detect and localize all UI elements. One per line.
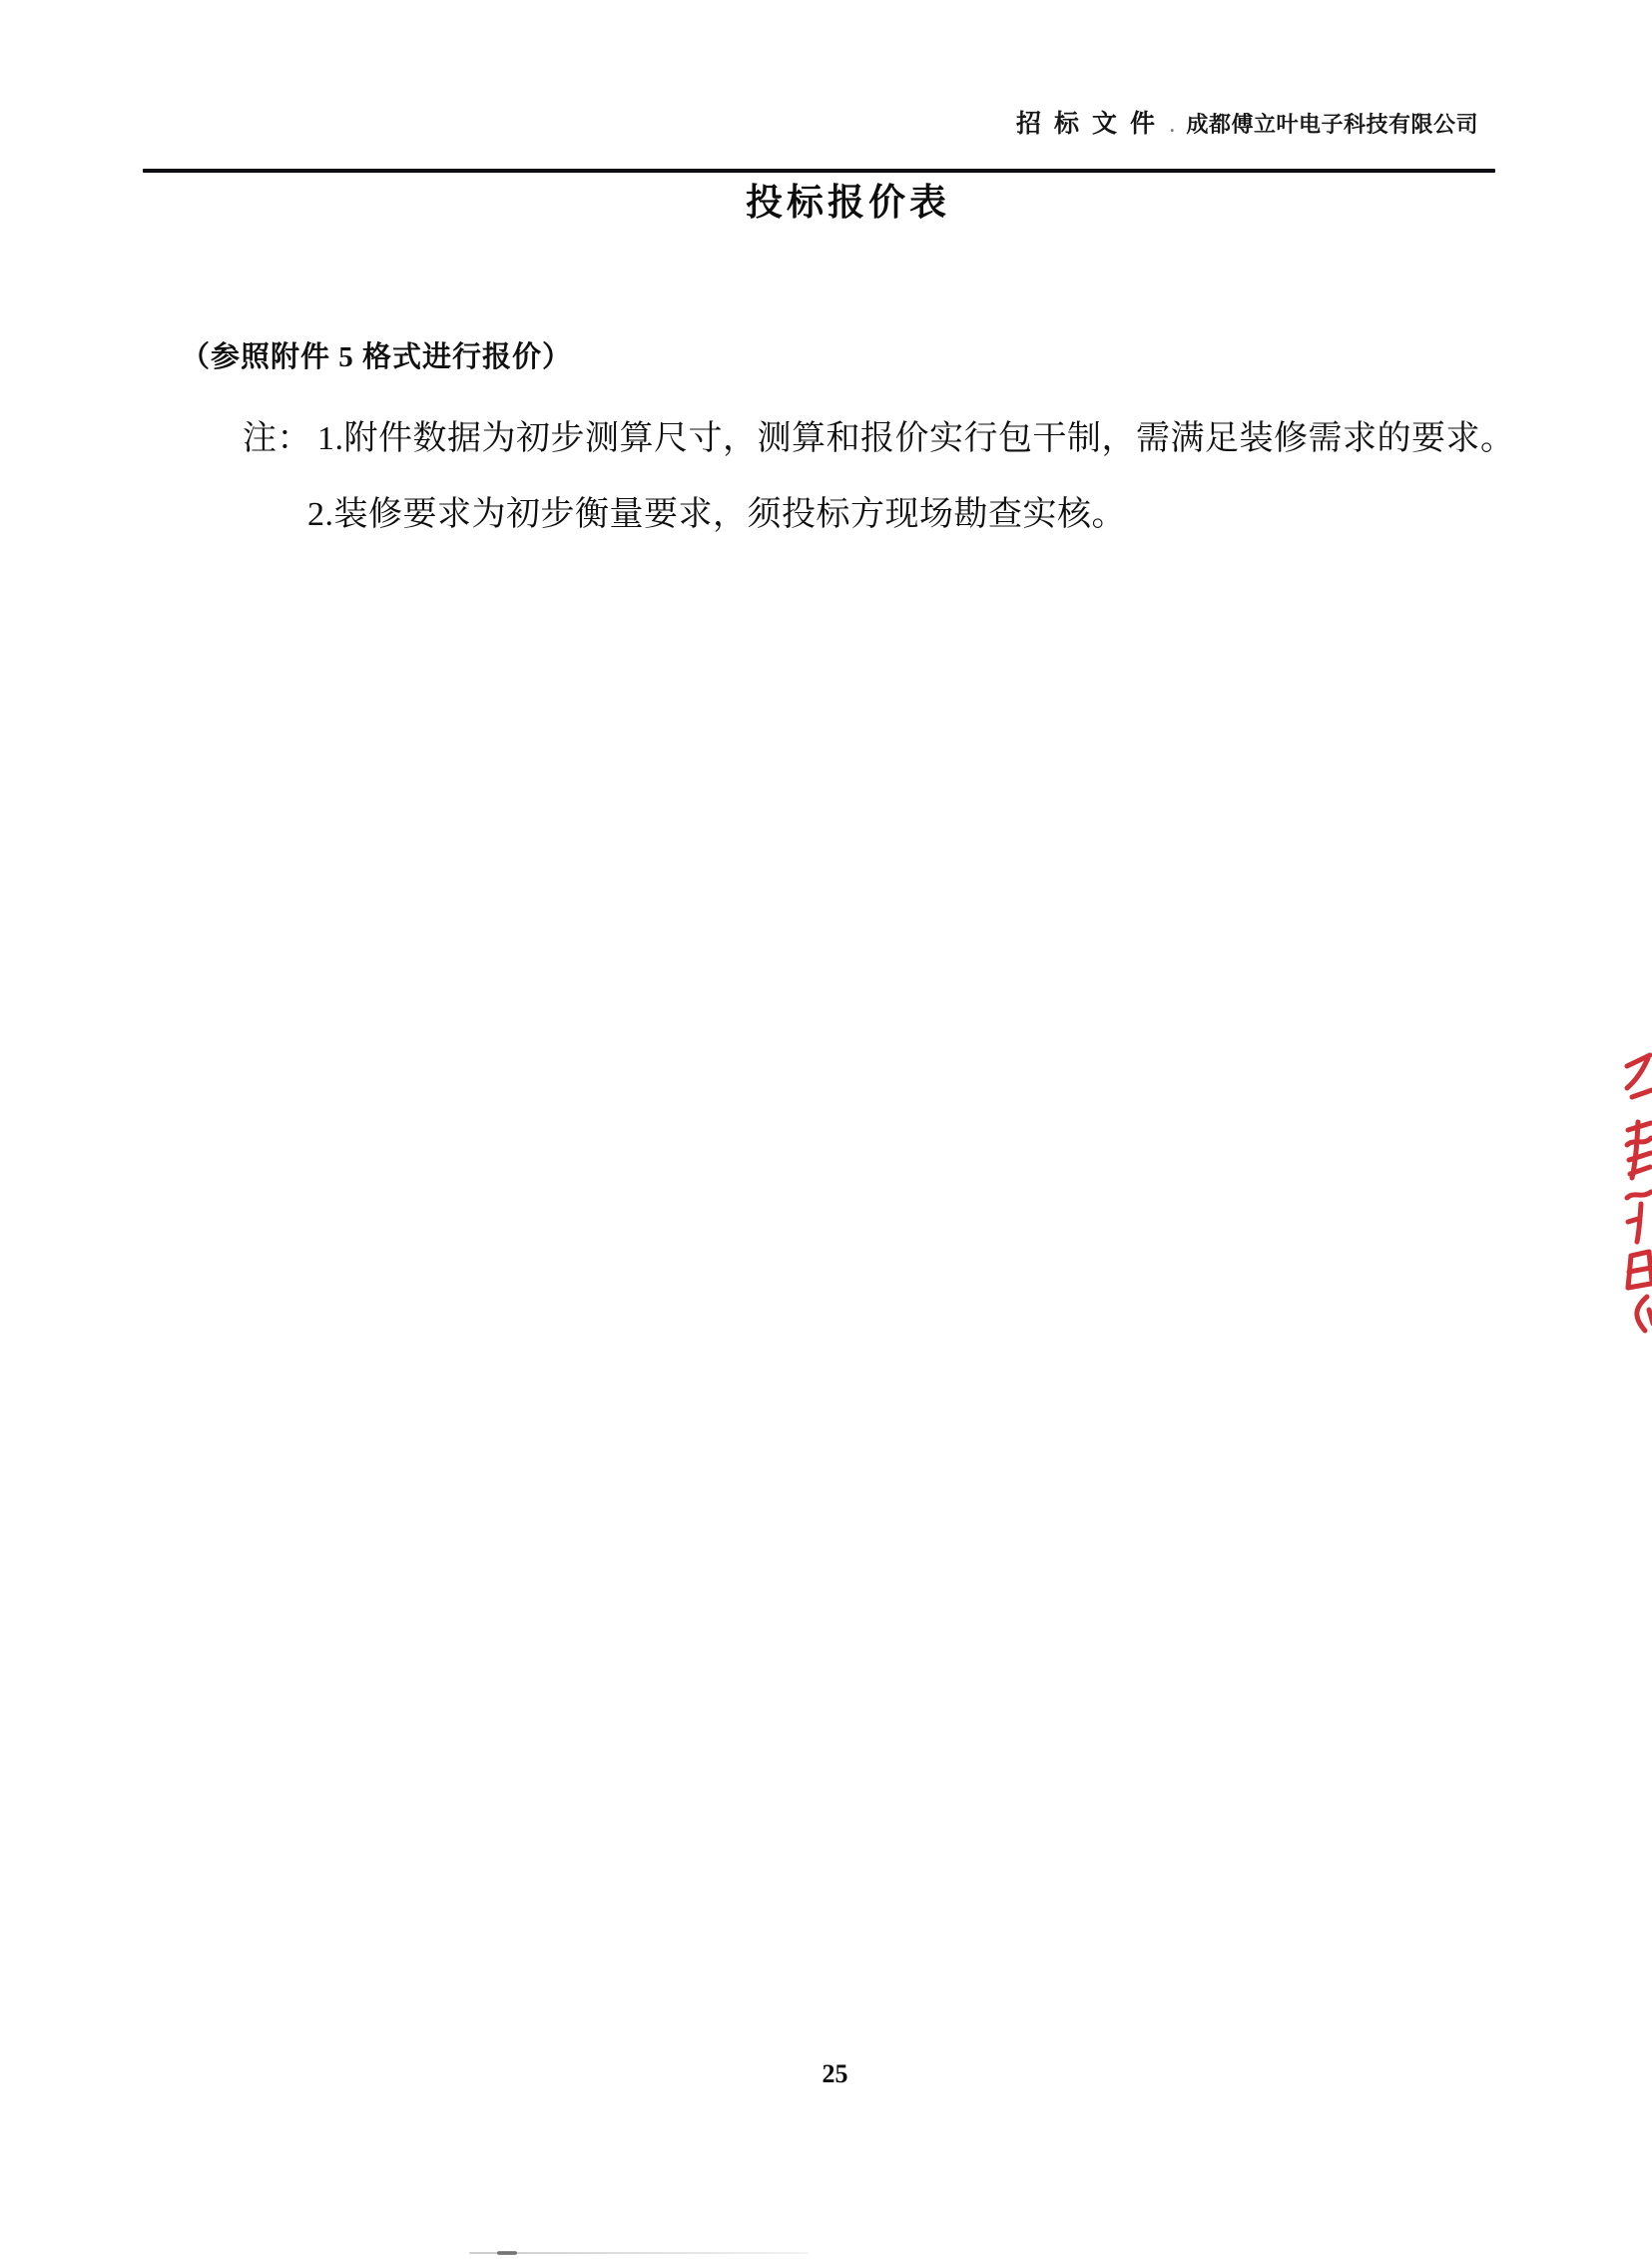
scan-artifact-smudge — [469, 2252, 809, 2254]
reference-line: （参照附件 5 格式进行报价） — [181, 340, 572, 375]
header-divider-line — [143, 169, 1495, 173]
header-company-name: 成都傅立叶电子科技有限公司 — [1187, 112, 1479, 137]
note-label: 注： — [243, 420, 311, 457]
note-line-1: 注：1.附件数据为初步测算尺寸，测算和报价实行包干制，需满足装修需求的要求。 — [243, 420, 1515, 457]
page-number: 25 — [9, 2059, 1652, 2089]
header-dot: . — [1170, 116, 1175, 136]
page-header: 招标文件.成都傅立叶电子科技有限公司 — [1016, 104, 1478, 140]
red-stamp-marks-icon — [1624, 1050, 1652, 1340]
document-page: 招标文件.成都傅立叶电子科技有限公司 投标报价表 （参照附件 5 格式进行报价）… — [0, 0, 1652, 2259]
page-title: 投标报价表 — [22, 182, 1652, 226]
note-text-2: 2.装修要求为初步衡量要求，须投标方现场勘查实核。 — [307, 496, 1126, 533]
note-text-1: 1.附件数据为初步测算尺寸，测算和报价实行包干制，需满足装修需求的要求。 — [317, 420, 1515, 457]
note-line-2: 2.装修要求为初步衡量要求，须投标方现场勘查实核。 — [307, 496, 1126, 533]
header-doc-type: 招标文件 — [1016, 111, 1168, 138]
